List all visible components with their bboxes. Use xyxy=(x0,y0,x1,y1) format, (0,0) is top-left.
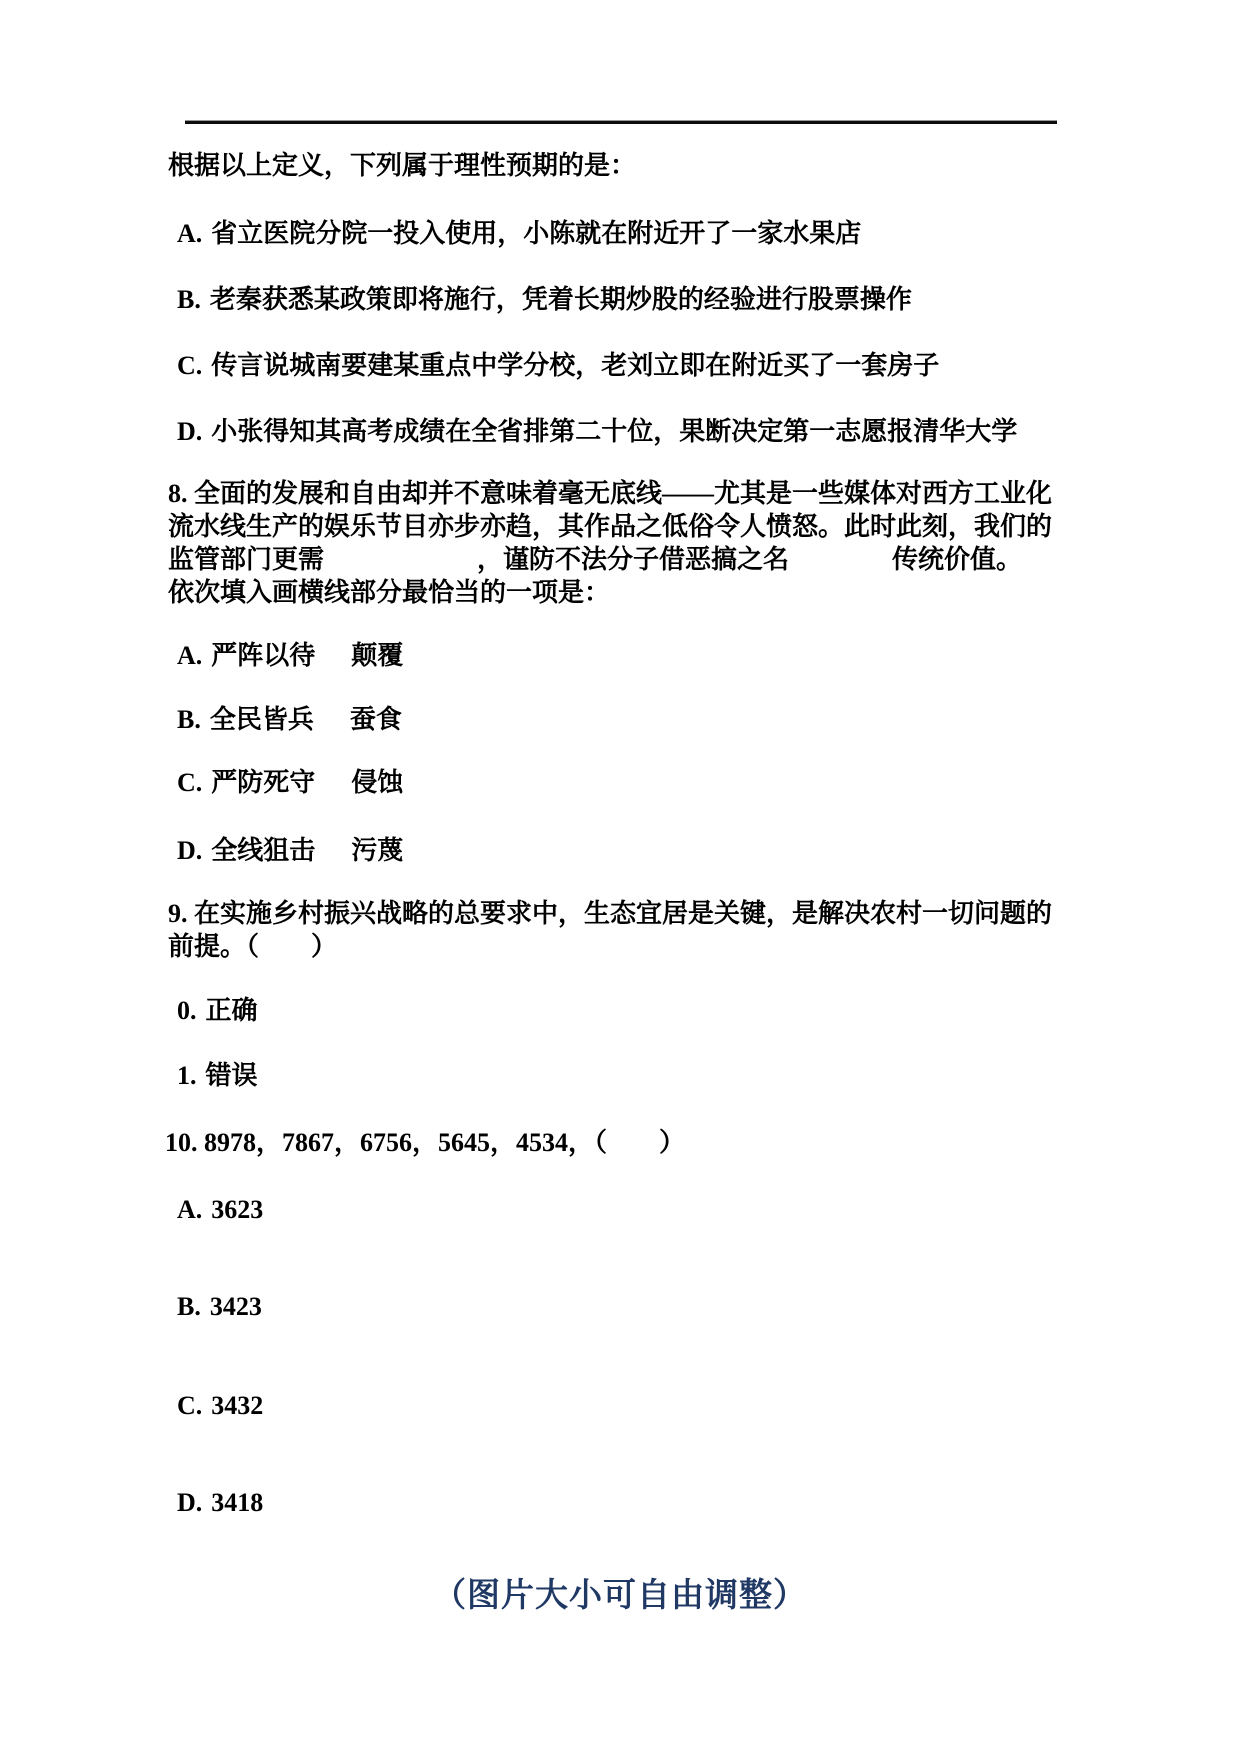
option-label: A. xyxy=(177,1193,202,1226)
option-label: C. xyxy=(177,1389,202,1422)
option-label: D. xyxy=(177,415,202,448)
q8-option-b: B.全民皆兵蚕食 xyxy=(177,703,402,736)
option-word-1: 严防死守 xyxy=(211,768,315,797)
q9-stem: 9. 在实施乡村振兴战略的总要求中，生态宜居是关键，是解决农村一切问题的 前提。… xyxy=(168,897,1052,963)
option-text: 3423 xyxy=(210,1292,262,1321)
q8-stem-line-4: 依次填入画横线部分最恰当的一项是： xyxy=(168,576,1052,609)
option-label: 0. xyxy=(177,994,197,1027)
option-text: 小张得知其高考成绩在全省排第二十位，果断决定第一志愿报清华大学 xyxy=(211,417,1017,446)
q8-stem-line-2: 流水线生产的娱乐节目亦步亦趋，其作品之低俗令人愤怒。此时此刻，我们的 xyxy=(168,510,1052,543)
option-label: B. xyxy=(177,703,201,736)
q8-stem-line-3-part-2: ，谨防不法分子借恶搞之名 xyxy=(477,545,789,574)
option-word-2: 污蔑 xyxy=(351,834,403,867)
option-text: 3623 xyxy=(211,1195,263,1224)
q10-option-b: B.3423 xyxy=(177,1290,262,1323)
q7-option-c: C.传言说城南要建某重点中学分校，老刘立即在附近买了一套房子 xyxy=(177,349,939,382)
option-word-2: 颠覆 xyxy=(351,639,403,672)
option-word-1: 全民皆兵 xyxy=(210,705,314,734)
q10-option-a: A.3623 xyxy=(177,1193,263,1226)
q7-option-a: A.省立医院分院一投入使用，小陈就在附近开了一家水果店 xyxy=(177,217,861,250)
q10-option-d: D.3418 xyxy=(177,1486,263,1519)
q9-option-0: 0.正确 xyxy=(177,994,258,1027)
q8-stem-line-3-part-1: 监管部门更需 xyxy=(168,545,324,574)
option-text: 错误 xyxy=(206,1061,258,1090)
option-label: D. xyxy=(177,834,202,867)
q8-stem: 8. 全面的发展和自由却并不意味着毫无底线——尤其是一些媒体对西方工业化 流水线… xyxy=(168,477,1052,609)
q8-option-d: D.全线狙击污蔑 xyxy=(177,834,403,867)
option-label: C. xyxy=(177,349,202,382)
document-page: 根据以上定义，下列属于理性预期的是： A.省立医院分院一投入使用，小陈就在附近开… xyxy=(0,0,1240,1753)
option-label: A. xyxy=(177,217,202,250)
option-word-1: 严阵以待 xyxy=(211,641,315,670)
q9-stem-line-2: 前提。（ ） xyxy=(168,930,1052,963)
q7-option-d: D.小张得知其高考成绩在全省排第二十位，果断决定第一志愿报清华大学 xyxy=(177,415,1017,448)
option-text: 正确 xyxy=(206,996,258,1025)
header-divider xyxy=(185,120,1057,124)
q7-prompt: 根据以上定义，下列属于理性预期的是： xyxy=(168,149,636,182)
q8-stem-line-1: 8. 全面的发展和自由却并不意味着毫无底线——尤其是一些媒体对西方工业化 xyxy=(168,477,1052,510)
option-word-2: 侵蚀 xyxy=(351,766,403,799)
q8-option-a: A.严阵以待颠覆 xyxy=(177,639,403,672)
q10-option-c: C.3432 xyxy=(177,1389,263,1422)
option-label: B. xyxy=(177,1290,201,1323)
option-label: 1. xyxy=(177,1059,197,1092)
option-text: 传言说城南要建某重点中学分校，老刘立即在附近买了一套房子 xyxy=(211,351,939,380)
q10-stem: 10. 8978，7867，6756，5645，4534，（ ） xyxy=(165,1126,685,1159)
option-word-1: 全线狙击 xyxy=(211,836,315,865)
q9-stem-line-1: 9. 在实施乡村振兴战略的总要求中，生态宜居是关键，是解决农村一切问题的 xyxy=(168,897,1052,930)
option-word-2: 蚕食 xyxy=(350,703,402,736)
option-label: A. xyxy=(177,639,202,672)
q9-option-1: 1.错误 xyxy=(177,1059,258,1092)
option-text: 3432 xyxy=(211,1391,263,1420)
option-text: 3418 xyxy=(211,1488,263,1517)
option-label: B. xyxy=(177,283,201,316)
q7-option-b: B.老秦获悉某政策即将施行，凭着长期炒股的经验进行股票操作 xyxy=(177,283,912,316)
option-label: D. xyxy=(177,1486,202,1519)
option-label: C. xyxy=(177,766,202,799)
q8-stem-line-3-part-3: 传统价值。 xyxy=(892,545,1022,574)
resize-note: （图片大小可自由调整） xyxy=(0,1576,1240,1616)
option-text: 老秦获悉某政策即将施行，凭着长期炒股的经验进行股票操作 xyxy=(210,285,912,314)
q8-option-c: C.严防死守侵蚀 xyxy=(177,766,403,799)
q8-stem-line-3: 监管部门更需，谨防不法分子借恶搞之名传统价值。 xyxy=(168,543,1052,576)
option-text: 省立医院分院一投入使用，小陈就在附近开了一家水果店 xyxy=(211,219,861,248)
